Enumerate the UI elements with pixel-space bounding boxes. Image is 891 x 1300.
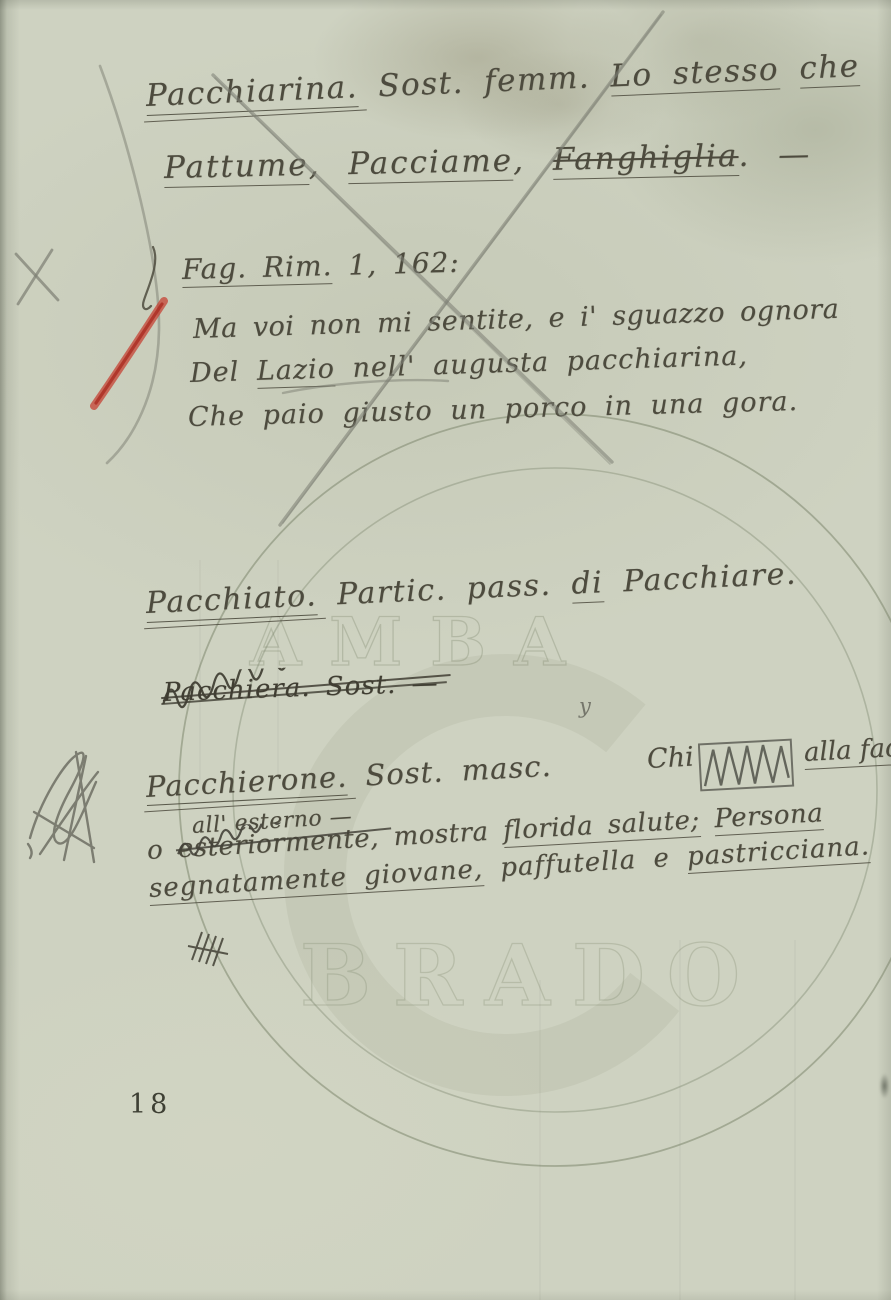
entry3-line1-left: Pacchierone. Sost. masc. <box>145 749 552 804</box>
comma: , <box>513 142 553 179</box>
entry2-headword: Pacchiato. <box>145 578 318 623</box>
entry2-line: Pacchiato. Partic. pass. di Pacchiare. <box>145 556 797 621</box>
pencil-arc <box>100 66 159 463</box>
space <box>778 51 800 88</box>
red-crayon-stroke <box>94 301 164 406</box>
verse-line1: Ma voi non mi sentite, e i' sguazzo ogno… <box>193 294 840 345</box>
ink-paragraph-mark <box>143 247 155 309</box>
margin-pencil-scrawl <box>18 742 118 872</box>
watermark-letters-bottom: BRADO <box>300 926 762 1025</box>
margin-x-mark <box>16 254 58 300</box>
struck-draft-text: Pacchiera. Sost. — <box>162 668 439 708</box>
boxed-scribble <box>698 738 798 794</box>
paper-creases <box>200 560 795 1300</box>
entry1-line1: Pacchiarina. Sost. femm. Lo stesso che <box>145 48 860 114</box>
entry1-pattume: Pattume <box>164 147 309 188</box>
manuscript-page: AMBA BRADO Pacchiarina. Sost. femm. Lo s… <box>0 0 891 1300</box>
pencil-y-mark: y <box>579 694 591 718</box>
entry3-chi: Chi <box>646 742 694 775</box>
verse-text: Del <box>190 356 258 389</box>
entry1-line2: Pattume, Pacciame, Fanghiglia. — <box>164 136 812 186</box>
citation-source: Fag. Rim. <box>182 249 333 288</box>
entry3-paffutella: paffutella e <box>499 842 687 883</box>
entry3-florida-salute: florida salute; <box>502 805 700 848</box>
entry1-headword: Pacchiarina. <box>145 69 358 116</box>
comma: , <box>308 146 348 183</box>
entry3-mostra: , mostra <box>369 816 504 853</box>
entry3-alla-faccia-text: alla faccia <box>803 731 891 770</box>
entry1-che: che <box>799 48 861 88</box>
ink-smudge <box>878 1070 891 1102</box>
tally-mark <box>186 928 234 974</box>
entry3-chi-word: Chi <box>646 742 694 775</box>
entry3-alla-faccia: alla faccia <box>803 731 891 768</box>
entry1-pos: Sost. femm. <box>357 59 611 106</box>
page-number: 18 <box>129 1089 171 1120</box>
space <box>482 853 501 884</box>
entry1-end-dash: . — <box>738 136 811 174</box>
entry3-o: o <box>146 834 179 866</box>
verse-text: Ma voi non mi sentite, e i' sguazzo ogno… <box>193 294 840 345</box>
entry3-headword: Pacchierone. <box>145 759 348 805</box>
citation-line: Fag. Rim. 1, 162: <box>182 246 461 286</box>
entry3-pastricciana: pastricciana. <box>686 831 871 874</box>
verse-lazio-underlined: Lazio <box>256 353 335 388</box>
struck-draft-line: Pacchiera. Sost. — <box>162 668 439 708</box>
struck-draft-word: Pacchiera. Sost. — <box>162 668 439 708</box>
entry1-fanghiglia-struck: Fanghiglia <box>552 138 738 180</box>
entry1-pacciame: Pacciame <box>348 143 514 184</box>
verse-text: nell' augusta pacchiarina, <box>334 340 748 384</box>
entry2-di: di <box>571 565 604 603</box>
entry3-persona: Persona <box>714 798 825 836</box>
verse-line3: Che paio giusto un porco in una gora. <box>188 386 799 433</box>
entry3-pos: Sost. masc. <box>346 749 552 794</box>
verse-line2: Del Lazio nell' augusta pacchiarina, <box>190 340 749 389</box>
verse-text: Che paio giusto un porco in una gora. <box>188 386 799 433</box>
entry2-ref: Pacchiare. <box>602 556 797 600</box>
citation-reference: 1, 162: <box>332 246 460 282</box>
entry2-pos: Partic. pass. <box>316 567 572 614</box>
entry1-lo-stesso: Lo stesso <box>610 51 780 96</box>
